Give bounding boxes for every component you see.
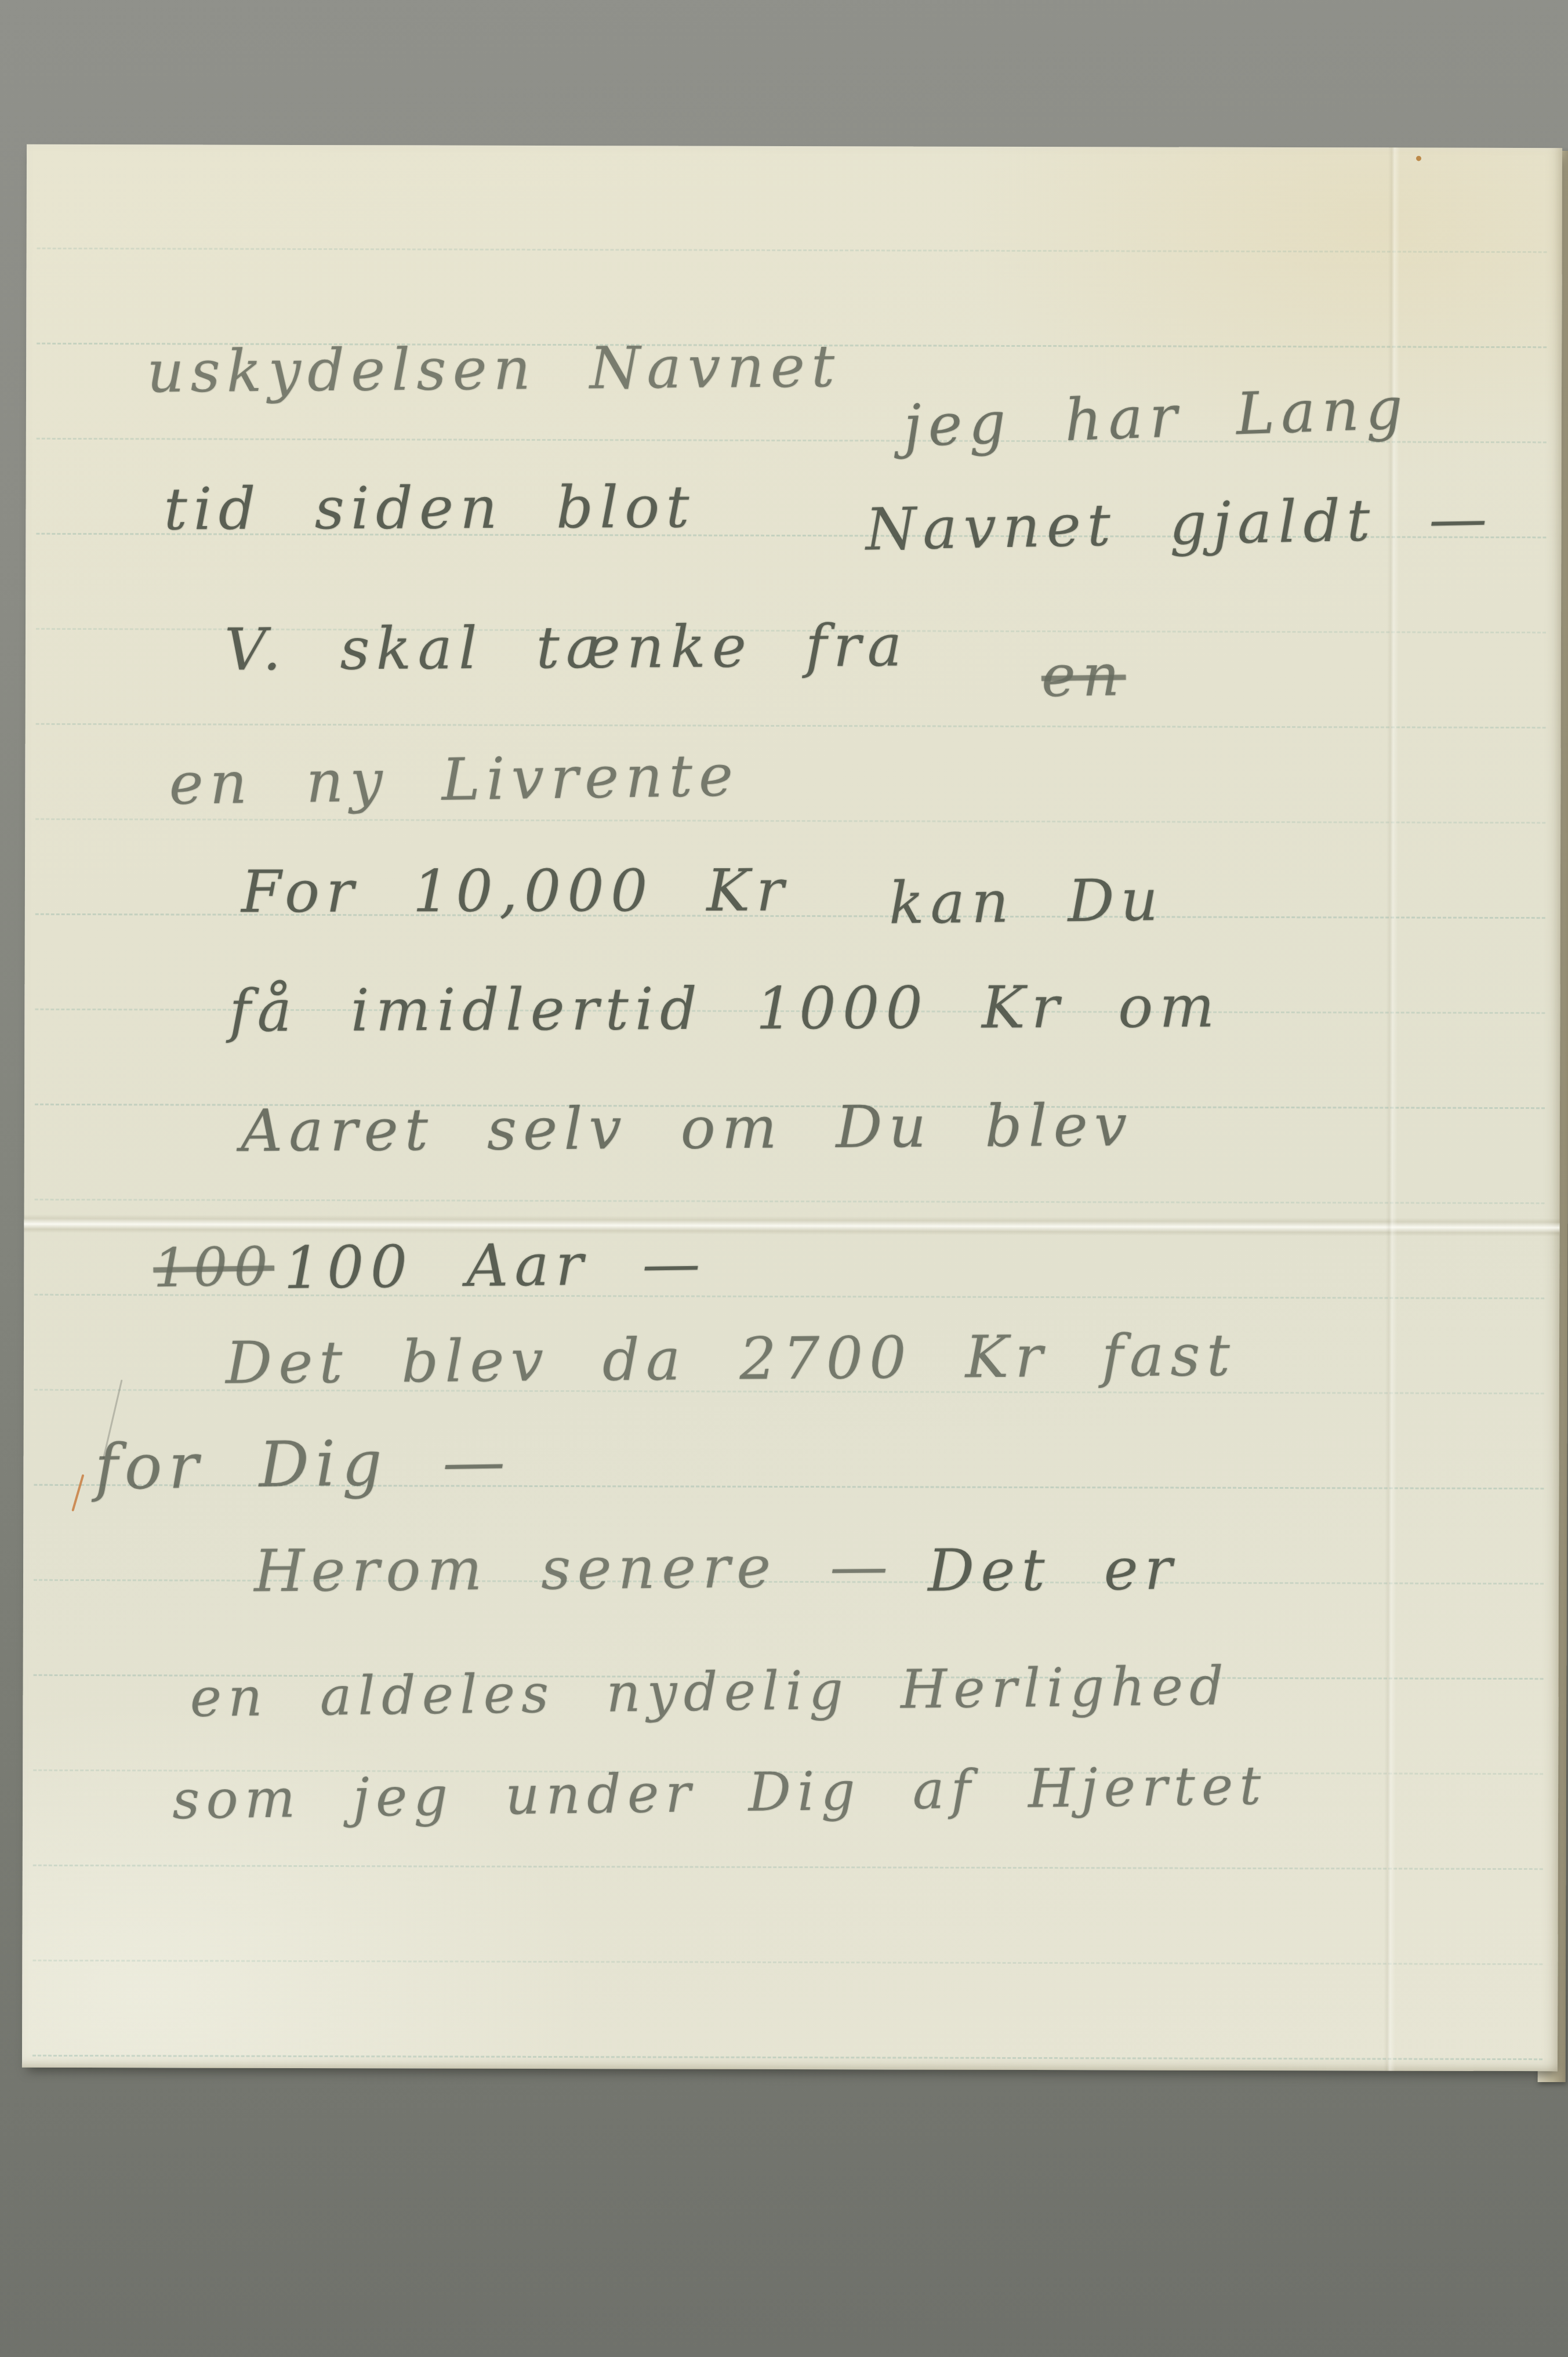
photograph-background: uskydelsen Navnet jeg har Lang tid siden…: [0, 0, 1568, 2357]
handwritten-text-segment: kan Du: [888, 871, 1164, 932]
letter-page: uskydelsen Navnet jeg har Lang tid siden…: [22, 144, 1562, 2071]
struck-out-word: en: [1041, 646, 1126, 705]
handwriting: uskydelsen Navnet jeg har Lang tid siden…: [22, 144, 1562, 2071]
handwritten-text-segment: Aaret selv om Du blev: [241, 1097, 1134, 1161]
handwritten-text-segment: en ny Livrente: [169, 746, 740, 813]
handwritten-text-segment: som jeg under Dig af Hjertet: [172, 1759, 1268, 1827]
handwritten-text-segment: Navnet gjaldt —: [865, 489, 1494, 559]
struck-out-word: 100: [153, 1240, 275, 1295]
handwritten-text-segment: Herom senere —: [254, 1538, 895, 1601]
handwritten-text-segment: For 10,000 Kr: [241, 862, 790, 922]
handwritten-text-segment: Det blev da 2700 Kr fast: [226, 1326, 1237, 1393]
handwritten-text-segment: tid siden blot: [164, 478, 695, 538]
handwritten-text-segment: en aldeles nydelig Herlighed: [190, 1659, 1230, 1725]
handwritten-text-segment: jeg har Lang: [902, 379, 1410, 455]
handwritten-text-segment: uskydelsen Navnet: [147, 338, 841, 401]
handwritten-text-segment: for Dig —: [95, 1431, 512, 1500]
handwritten-text-segment: få imidlertid 1000 Kr om: [229, 978, 1221, 1040]
handwritten-text-segment: 100 Aar —: [284, 1235, 707, 1297]
handwritten-text-segment: V. skal tænke fra: [224, 617, 909, 679]
handwritten-text-segment: Det er: [928, 1540, 1179, 1600]
